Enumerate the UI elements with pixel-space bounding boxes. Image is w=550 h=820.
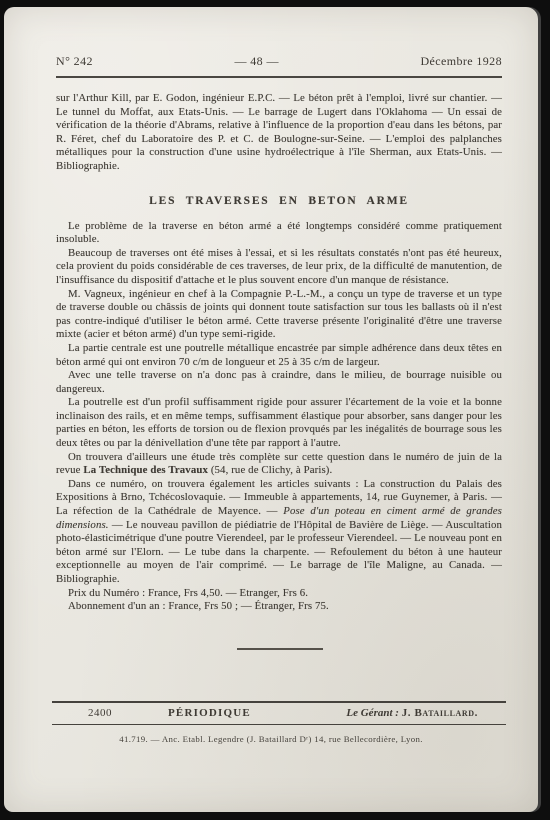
revue-text-post: (54, rue de Clichy, à Paris). <box>208 464 332 476</box>
revue-paragraph: On trouvera d'ailleurs une étude très co… <box>56 451 502 478</box>
gerant-label: Le Gérant : <box>346 707 401 719</box>
periodique-label: PÉRIODIQUE <box>168 707 251 719</box>
section-divider <box>237 648 323 650</box>
gerant-line: Le Gérant : J. Bataillard. <box>346 707 478 719</box>
issue-date: Décembre 1928 <box>420 54 502 69</box>
article-title: LES TRAVERSES EN BETON ARME <box>56 195 502 207</box>
intro-block: sur l'Arthur Kill, par E. Godon, ingénie… <box>56 92 502 174</box>
article-paragraph: La partie centrale est une poutrelle mét… <box>56 342 502 369</box>
gerant-name: J. Bataillard. <box>402 707 478 719</box>
article-paragraph: La poutrelle est d'un profil suffisammen… <box>56 396 502 450</box>
page-header: N° 242 — 48 — Décembre 1928 <box>56 54 502 69</box>
scanned-page: N° 242 — 48 — Décembre 1928 sur l'Arthur… <box>4 7 538 812</box>
page-content: N° 242 — 48 — Décembre 1928 sur l'Arthur… <box>56 7 502 614</box>
article-paragraph: Beaucoup de traverses ont été mises à l'… <box>56 247 502 288</box>
article-paragraph: Avec une telle traverse on n'a donc pas … <box>56 369 502 396</box>
article-paragraph: M. Vagneux, ingénieur en chef à la Compa… <box>56 288 502 342</box>
article-paragraph: Le problème de la traverse en béton armé… <box>56 220 502 247</box>
contents-paragraph: Dans ce numéro, on trouvera également le… <box>56 478 502 587</box>
print-run-number: 2400 <box>88 707 112 719</box>
price-line: Prix du Numéro : France, Frs 4,50. — Etr… <box>56 587 502 601</box>
folio-number: — 48 — <box>234 54 278 69</box>
header-rule <box>56 76 502 78</box>
contents-text-post: — Le nouveau pavillon de piédiatrie de l… <box>56 519 502 585</box>
subscription-line: Abonnement d'un an : France, Frs 50 ; — … <box>56 600 502 614</box>
issue-number: N° 242 <box>56 54 93 69</box>
imprint-line: 41.719. — Anc. Etabl. Legendre (J. Batai… <box>4 734 538 744</box>
footer-band: 2400 PÉRIODIQUE Le Gérant : J. Bataillar… <box>52 701 506 725</box>
intro-paragraph: sur l'Arthur Kill, par E. Godon, ingénie… <box>56 92 502 174</box>
revue-name: La Technique des Travaux <box>83 464 208 476</box>
